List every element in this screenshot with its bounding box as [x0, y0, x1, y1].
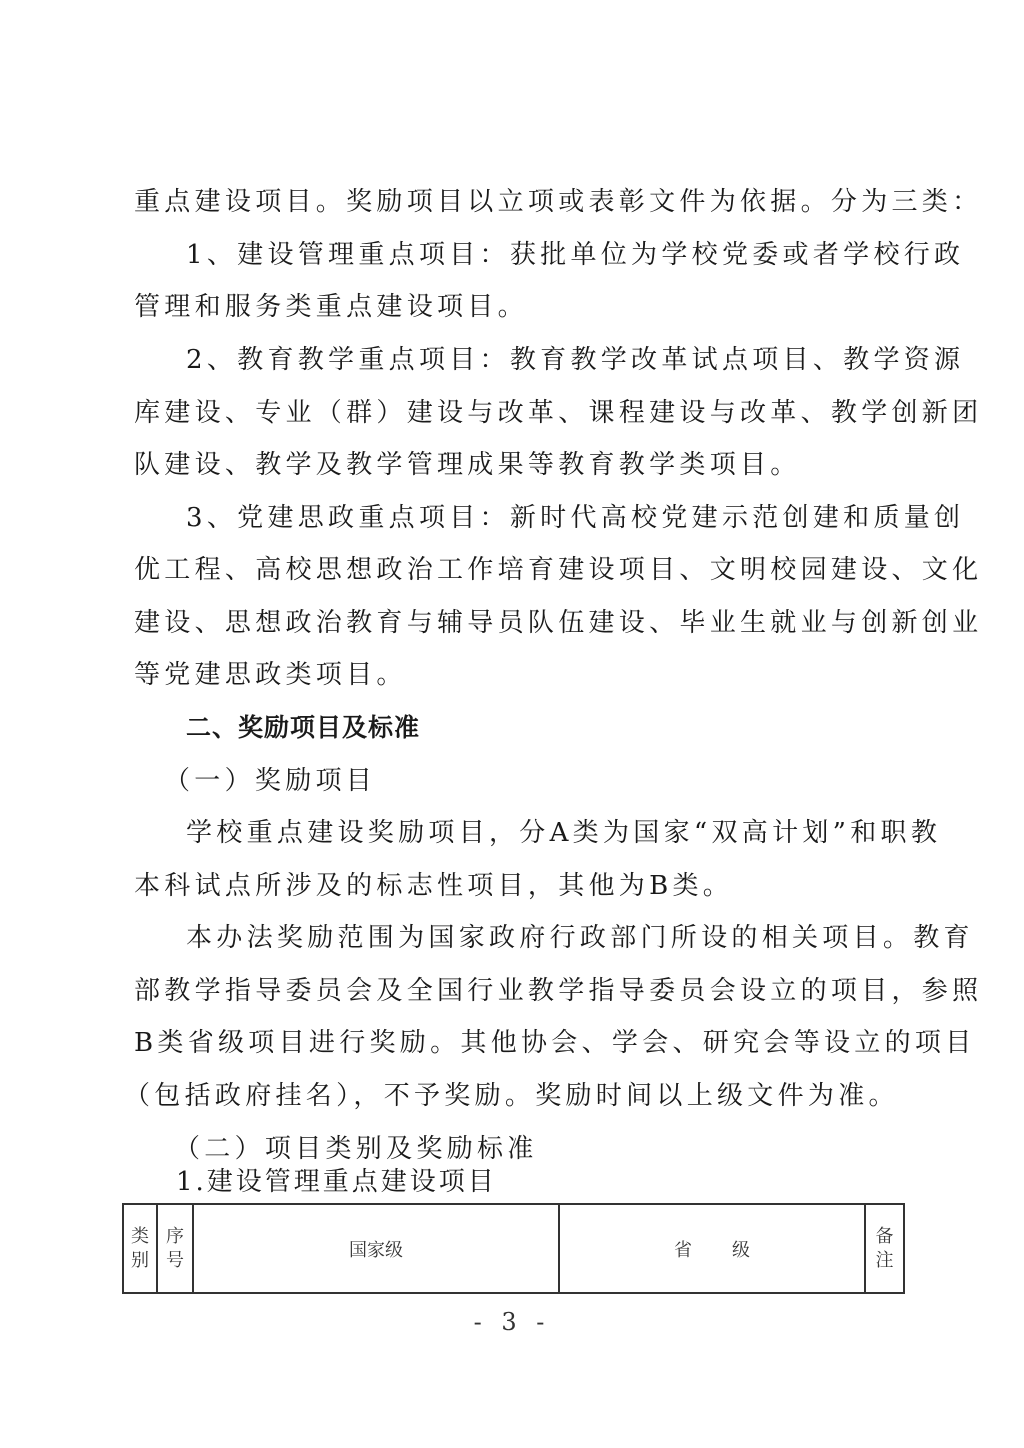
header-serial-number: 序号 — [157, 1204, 193, 1293]
paragraph-item-3: 3、党建思政重点项目：新时代高校党建示范创建和质量创 — [186, 500, 956, 536]
paragraph-item-1: 1、建设管理重点项目：获批单位为学校党委或者学校行政 — [186, 237, 956, 273]
paragraph-award-scope-cont-3: （包括政府挂名），不予奖励。奖励时间以上级文件为准。 — [124, 1078, 894, 1114]
header-national-level: 国家级 — [193, 1204, 559, 1293]
paragraph-item-1-cont: 管理和服务类重点建设项目。 — [134, 289, 904, 325]
paragraph-item-3-cont-3: 等党建思政类项目。 — [134, 657, 904, 693]
header-category: 类别 — [123, 1204, 157, 1293]
subsection-heading-2: （二）项目类别及奖励标准 — [174, 1131, 944, 1167]
table-title: 1.建设管理重点建设项目 — [176, 1164, 946, 1200]
paragraph-item-2-cont-1: 库建设、专业（群）建设与改革、课程建设与改革、教学创新团 — [134, 395, 904, 431]
award-standards-table: 类别 序号 国家级 省级 备注 — [122, 1203, 905, 1294]
paragraph-award-categories: 学校重点建设奖励项目，分A类为国家“双高计划”和职教 — [186, 815, 956, 851]
section-heading: 二、奖励项目及标准 — [186, 710, 956, 746]
header-remarks: 备注 — [865, 1204, 904, 1293]
paragraph-item-3-cont-1: 优工程、高校思想政治工作培育建设项目、文明校园建设、文化 — [134, 552, 904, 588]
page-number: - 3 - — [0, 1308, 1024, 1336]
paragraph-award-scope-cont-1: 部教学指导委员会及全国行业教学指导委员会设立的项目，参照 — [134, 973, 904, 1009]
subsection-heading-1: （一）奖励项目 — [164, 763, 934, 799]
paragraph-award-categories-cont: 本科试点所涉及的标志性项目，其他为B类。 — [134, 868, 904, 904]
paragraph-award-scope: 本办法奖励范围为国家政府行政部门所设的相关项目。教育 — [186, 920, 956, 956]
paragraph-award-scope-cont-2: B类省级项目进行奖励。其他协会、学会、研究会等设立的项目 — [134, 1025, 904, 1061]
paragraph-item-2: 2、教育教学重点项目：教育教学改革试点项目、教学资源 — [186, 342, 956, 378]
paragraph-item-3-cont-2: 建设、思想政治教育与辅导员队伍建设、毕业生就业与创新创业 — [134, 605, 904, 641]
paragraph-intro-end: 重点建设项目。奖励项目以立项或表彰文件为依据。分为三类： — [134, 184, 904, 220]
paragraph-item-2-cont-2: 队建设、教学及教学管理成果等教育教学类项目。 — [134, 447, 904, 483]
document-page: 重点建设项目。奖励项目以立项或表彰文件为依据。分为三类： 1、建设管理重点项目：… — [0, 0, 1024, 1448]
table-header-row: 类别 序号 国家级 省级 备注 — [123, 1204, 904, 1293]
header-provincial-level: 省级 — [559, 1204, 865, 1293]
